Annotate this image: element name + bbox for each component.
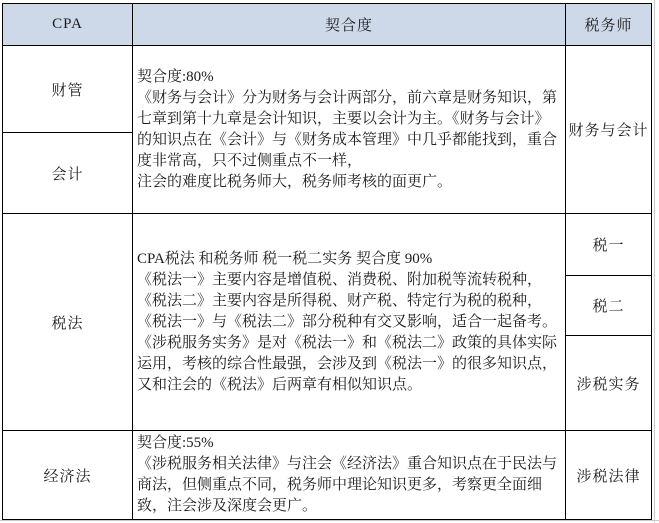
fit-text-section1: 契合度:80% 《财务与会计》分为财务与会计两部分，前六章是财务知识，第七章到第… [133,46,566,214]
cpa-subject-caiguan: 财管 [3,46,133,133]
fit-text-section3: 契合度:55% 《涉税服务相关法律》与注会《经济法》重合知识点在于民法与商法，但… [133,431,566,520]
tax-subject-sheshui-falv: 涉税法律 [566,431,652,520]
header-row: CPA 契合度 税务师 [3,4,652,46]
header-cell-fit: 契合度 [133,4,566,46]
page: CPA 契合度 税务师 财管 契合度:80% 《财务与会计》分为财务与会计两部分… [0,0,659,523]
tax-subject-shuiyi: 税一 [566,214,652,276]
cpa-subject-jingjifa: 经济法 [3,431,133,520]
table-row: 财管 契合度:80% 《财务与会计》分为财务与会计两部分，前六章是财务知识，第七… [3,46,652,133]
cpa-subject-kuaiji: 会计 [3,133,133,214]
table-row: 经济法 契合度:55% 《涉税服务相关法律》与注会《经济法》重合知识点在于民法与… [3,431,652,520]
tax-subject-caiwu-yu-kuaiji: 财务与会计 [566,46,652,214]
fit-text-section2: CPA税法 和税务师 税一税二实务 契合度 90% 《税法一》主要内容是增值税、… [133,214,566,431]
cpa-subject-shuifa: 税法 [3,214,133,431]
tax-subject-shuier: 税二 [566,276,652,336]
header-cell-tax-advisor: 税务师 [566,4,652,46]
gridline-bottom [0,520,659,521]
tax-subject-sheshui-shiwu: 涉税实务 [566,336,652,431]
gridline-right [654,0,655,523]
comparison-table: CPA 契合度 税务师 财管 契合度:80% 《财务与会计》分为财务与会计两部分… [2,3,652,520]
table-row: 税法 CPA税法 和税务师 税一税二实务 契合度 90% 《税法一》主要内容是增… [3,214,652,276]
header-cell-cpa: CPA [3,4,133,46]
